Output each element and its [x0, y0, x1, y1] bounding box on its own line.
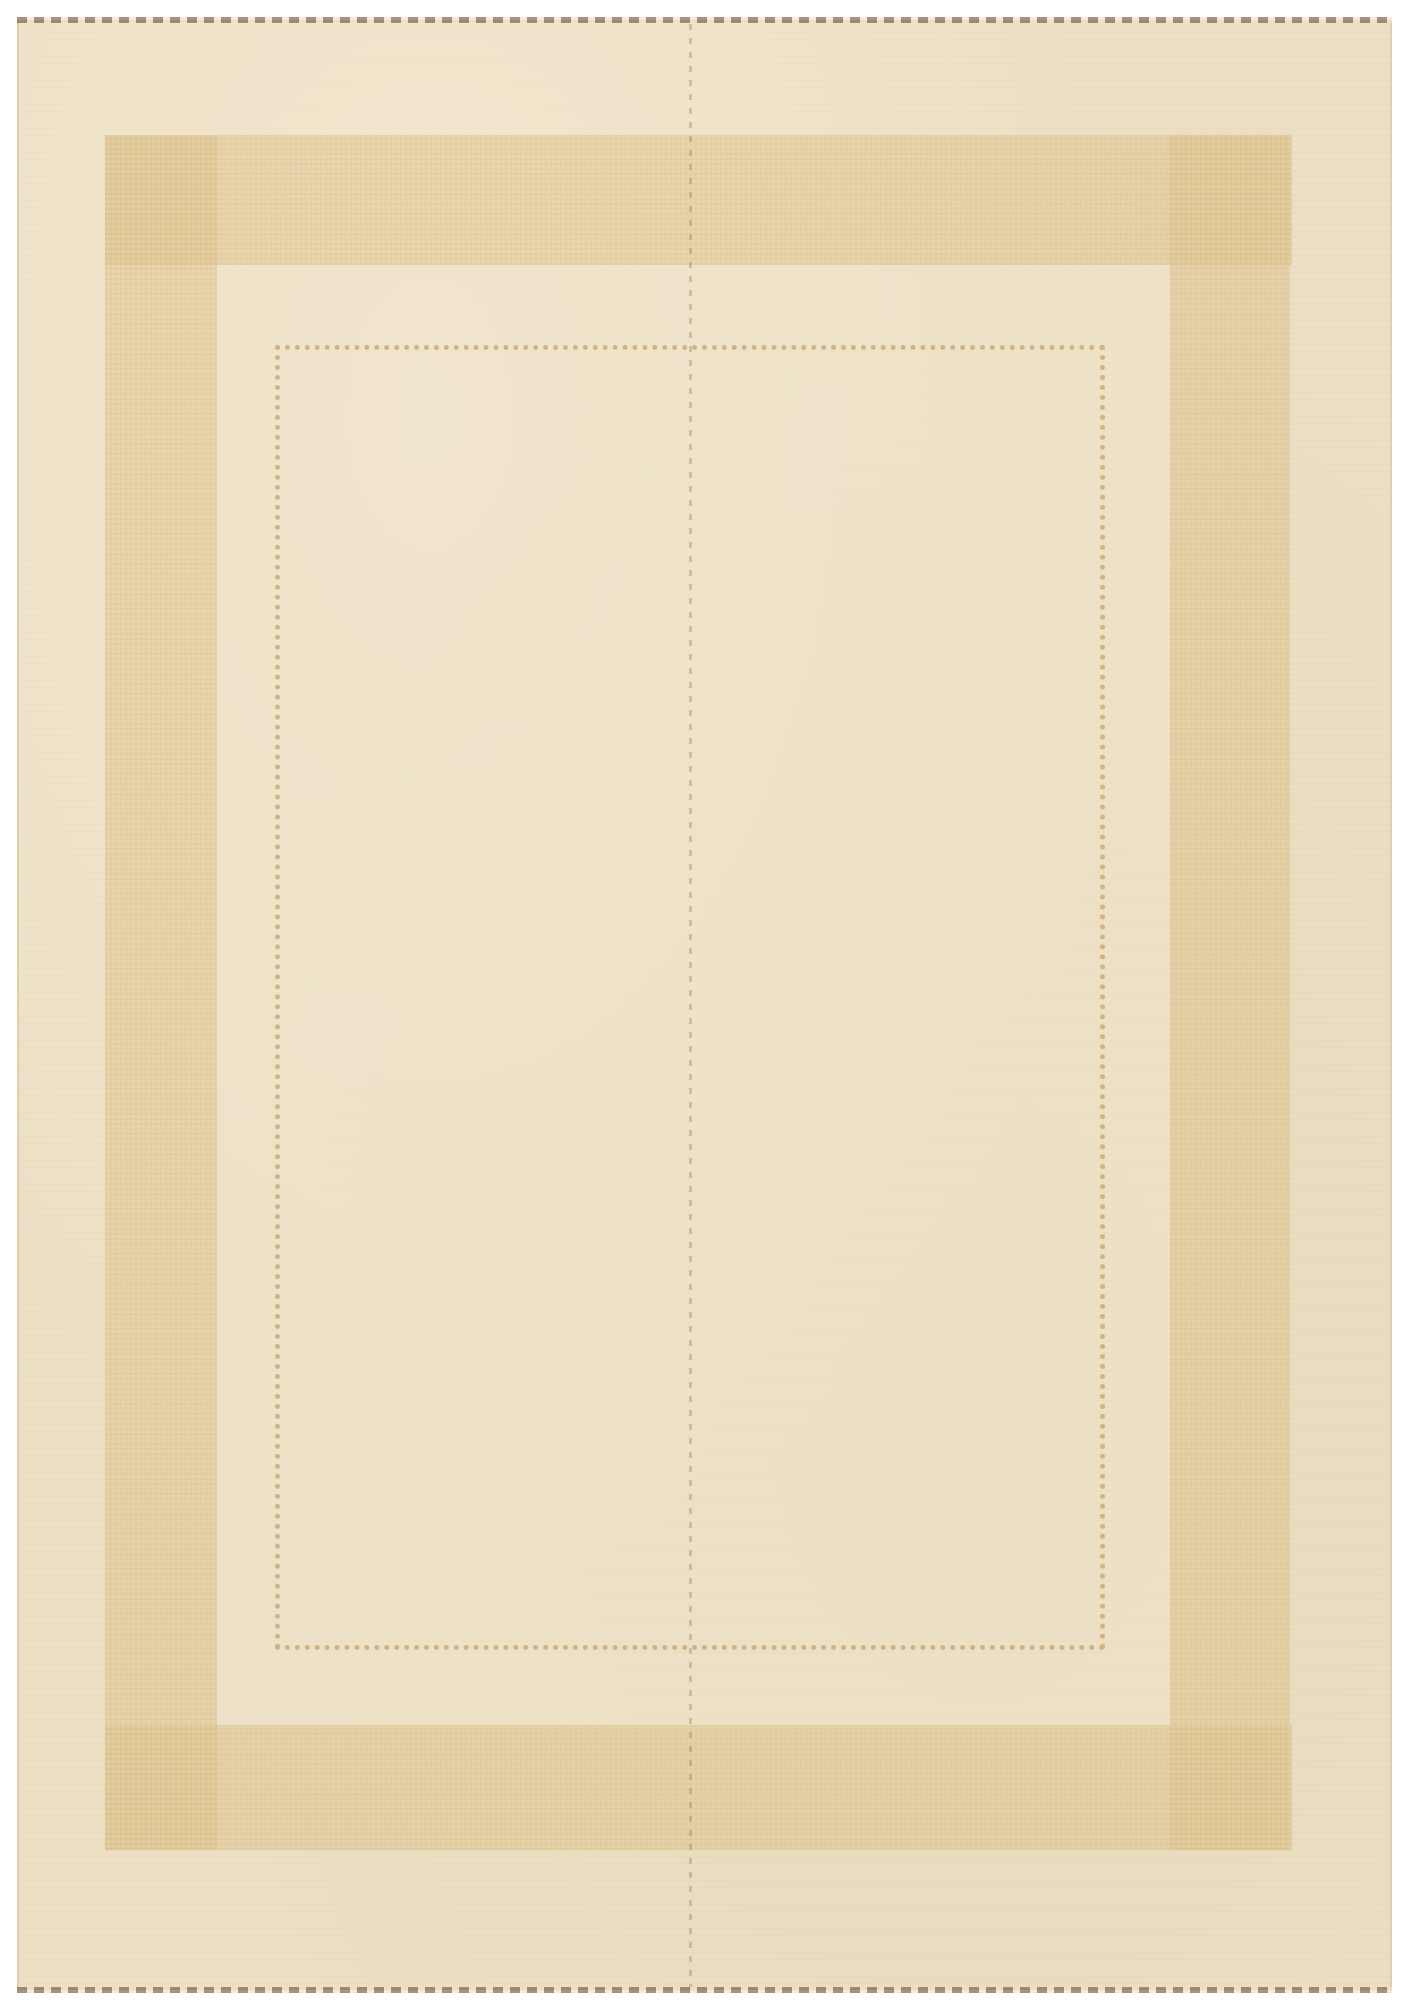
bottom-border-band: [105, 1725, 1292, 1850]
left-border-band: [105, 135, 217, 1850]
right-border-band: [1170, 135, 1290, 1850]
rug: [17, 20, 1392, 1990]
top-border-band: [105, 135, 1292, 265]
bottom-binding-stitch: [17, 1987, 1392, 1993]
top-binding-stitch: [17, 17, 1392, 23]
dotted-frame: [275, 345, 1105, 1650]
